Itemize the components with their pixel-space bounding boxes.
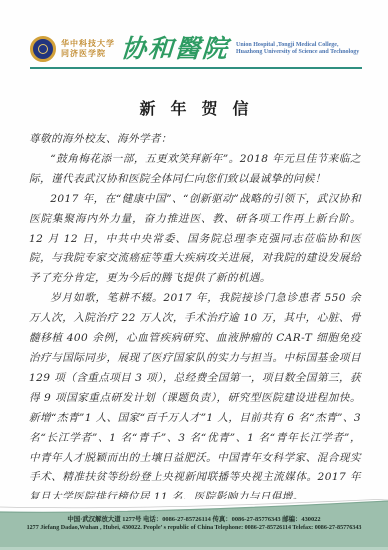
- letterhead-brand-row: 华中科技大学 同济医学院 协和醫院 Union Hospital ,Tongji…: [30, 36, 362, 62]
- footer-address-english: 1277 Jiefang Dadao,Wuhan , Hubei, 430022…: [0, 524, 388, 532]
- letter-page: 华中科技大学 同济医学院 协和醫院 Union Hospital ,Tongji…: [0, 0, 388, 550]
- university-name-line2: 同济医学院: [61, 49, 115, 59]
- university-name-block: 华中科技大学 同济医学院: [61, 39, 115, 59]
- salutation: 尊敬的海外校友、海外学者：: [29, 130, 361, 150]
- footer-address-chinese: 中国·武汉解放大道 1277号 电话：0086-27-85726114 传真：0…: [0, 516, 388, 524]
- letterhead: 华中科技大学 同济医学院 协和醫院 Union Hospital ,Tongji…: [30, 36, 362, 69]
- footer-swoosh-decoration: [0, 499, 388, 517]
- paragraph-achievements: 岁月如歌，笔耕不辍。2017 年，我院接诊门急诊患者 550 余万人次，入院治疗…: [29, 289, 361, 508]
- letter-title: 新年贺信: [0, 96, 388, 119]
- paragraph-2017-strategy: 2017 年，在“健康中国”、“创新驱动”战略的引领下，武汉协和医院集聚海内外力…: [29, 190, 361, 290]
- hospital-name-english-block: Union Hospital ,Tongji Medical College, …: [236, 42, 362, 57]
- footer-address-block: 中国·武汉解放大道 1277号 电话：0086-27-85726114 传真：0…: [0, 516, 388, 532]
- university-name-line1: 华中科技大学: [61, 39, 115, 49]
- letter-body: 尊敬的海外校友、海外学者： “鼓角梅花添一部，五更欢笑拜新年”。2018 年元旦…: [29, 130, 361, 508]
- paragraph-greeting: “鼓角梅花添一部，五更欢笑拜新年”。2018 年元旦佳节来临之际，谨代表武汉协和…: [29, 150, 361, 190]
- hospital-english-line1: Union Hospital ,Tongji Medical College,: [236, 42, 362, 50]
- university-seal-core: [38, 44, 48, 54]
- university-seal-icon: [30, 36, 56, 62]
- header-divider: [30, 67, 362, 69]
- hospital-english-line2: Huazhong University of Science and Techn…: [236, 49, 362, 57]
- hospital-name-calligraphy: 协和醫院: [120, 36, 230, 62]
- letter-footer: 中国·武汉解放大道 1277号 电话：0086-27-85726114 传真：0…: [0, 500, 388, 550]
